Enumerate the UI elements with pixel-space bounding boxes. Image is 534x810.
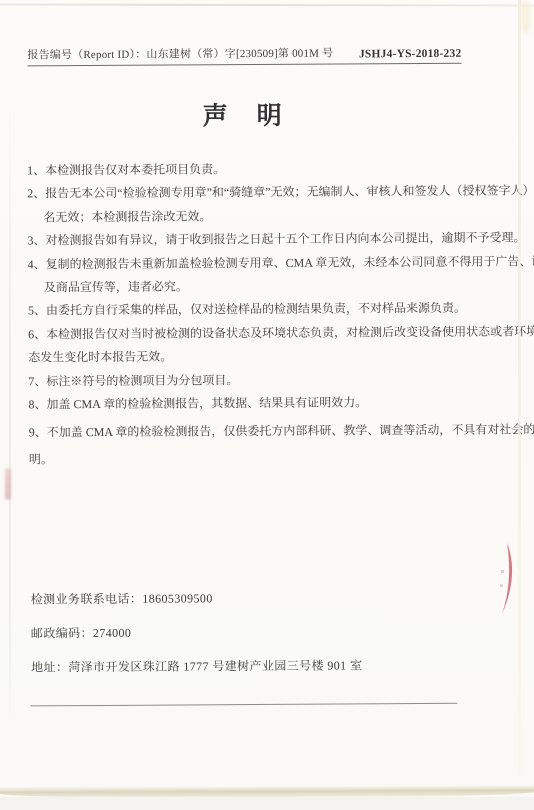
statement-item-3: 3、对检测报告如有异议，请于收到报告之日起十五个工作日内向本公司提出，逾期不予受…: [27, 227, 493, 253]
stamp-mark-left: [5, 468, 11, 500]
statement-item-9-line-1: 9、不加盖 CMA 章的检验检测报告，仅供委托方内部科研、教学、调查等活动，不具…: [29, 419, 495, 445]
statement-item-2-line-1: 2、报告无本公司“检验检测专用章”和“骑缝章”无效；无编制人、审核人和签发人（授…: [27, 180, 493, 206]
page-left-edge: [9, 90, 11, 730]
report-id-text: 报告编号（Report ID）：山东建树（常）字[230509]第 001M 号: [27, 45, 333, 63]
statement-item-4-line-1: 4、复制的检测报告未重新加盖检验检测专用章、CMA 章无效，未经本公司同意不得用…: [28, 250, 494, 276]
contact-address: 地址：菏泽市开发区珠江路 1777 号建树产业园三号楼 901 室: [31, 655, 362, 677]
statement-item-5: 5、由委托方自行采集的样品，仅对送检样品的检测结果负责，不对样品来源负责。: [28, 297, 494, 323]
statement-item-6-line-2: 态发生变化时本报告无效。: [28, 344, 494, 370]
statement-list: 1、本检测报告仅对本委托项目负责。 2、报告无本公司“检验检测专用章”和“骑缝章…: [27, 157, 495, 472]
page-corner-smudge: [521, 0, 531, 34]
report-header: 报告编号（Report ID）：山东建树（常）字[230509]第 001M 号…: [27, 44, 461, 67]
doc-code-text: JSHJ4-YS-2018-232: [359, 48, 462, 61]
statement-item-9-line-2: 明。: [29, 445, 495, 471]
page-right-edge: [518, 0, 521, 775]
report-page: 报告编号（Report ID）：山东建树（常）字[230509]第 001M 号…: [0, 0, 534, 810]
red-stamp-fragment-icon: [498, 540, 520, 618]
contact-postcode: 邮政编码：274000: [31, 621, 362, 643]
page-below-edge: [0, 797, 534, 810]
footer-rule: [30, 703, 457, 707]
statement-item-7: 7、标注※符号的检测项目为分包项目。: [28, 367, 494, 393]
statement-item-2-line-2: 名无效；本检测报告涂改无效。: [27, 203, 493, 229]
page-content: 报告编号（Report ID）：山东建树（常）字[230509]第 001M 号…: [0, 0, 534, 810]
statement-item-8: 8、加盖 CMA 章的检验检测报告，其数据、结果具有证明效力。: [28, 390, 494, 416]
statement-item-6-line-1: 6、本检测报告仅对当时被检测的设备状态及环境状态负责，对检测后改变设备使用状态或…: [28, 320, 494, 346]
statement-item-4-line-2: 及商品宣传等，违者必究。: [28, 274, 494, 300]
contact-phone: 检测业务联系电话：18605309500: [31, 587, 362, 609]
statement-item-1: 1、本检测报告仅对本委托项目负责。: [27, 157, 493, 183]
statement-title: 声 明: [27, 95, 460, 134]
contact-block: 检测业务联系电话：18605309500 邮政编码：274000 地址：菏泽市开…: [31, 587, 363, 691]
